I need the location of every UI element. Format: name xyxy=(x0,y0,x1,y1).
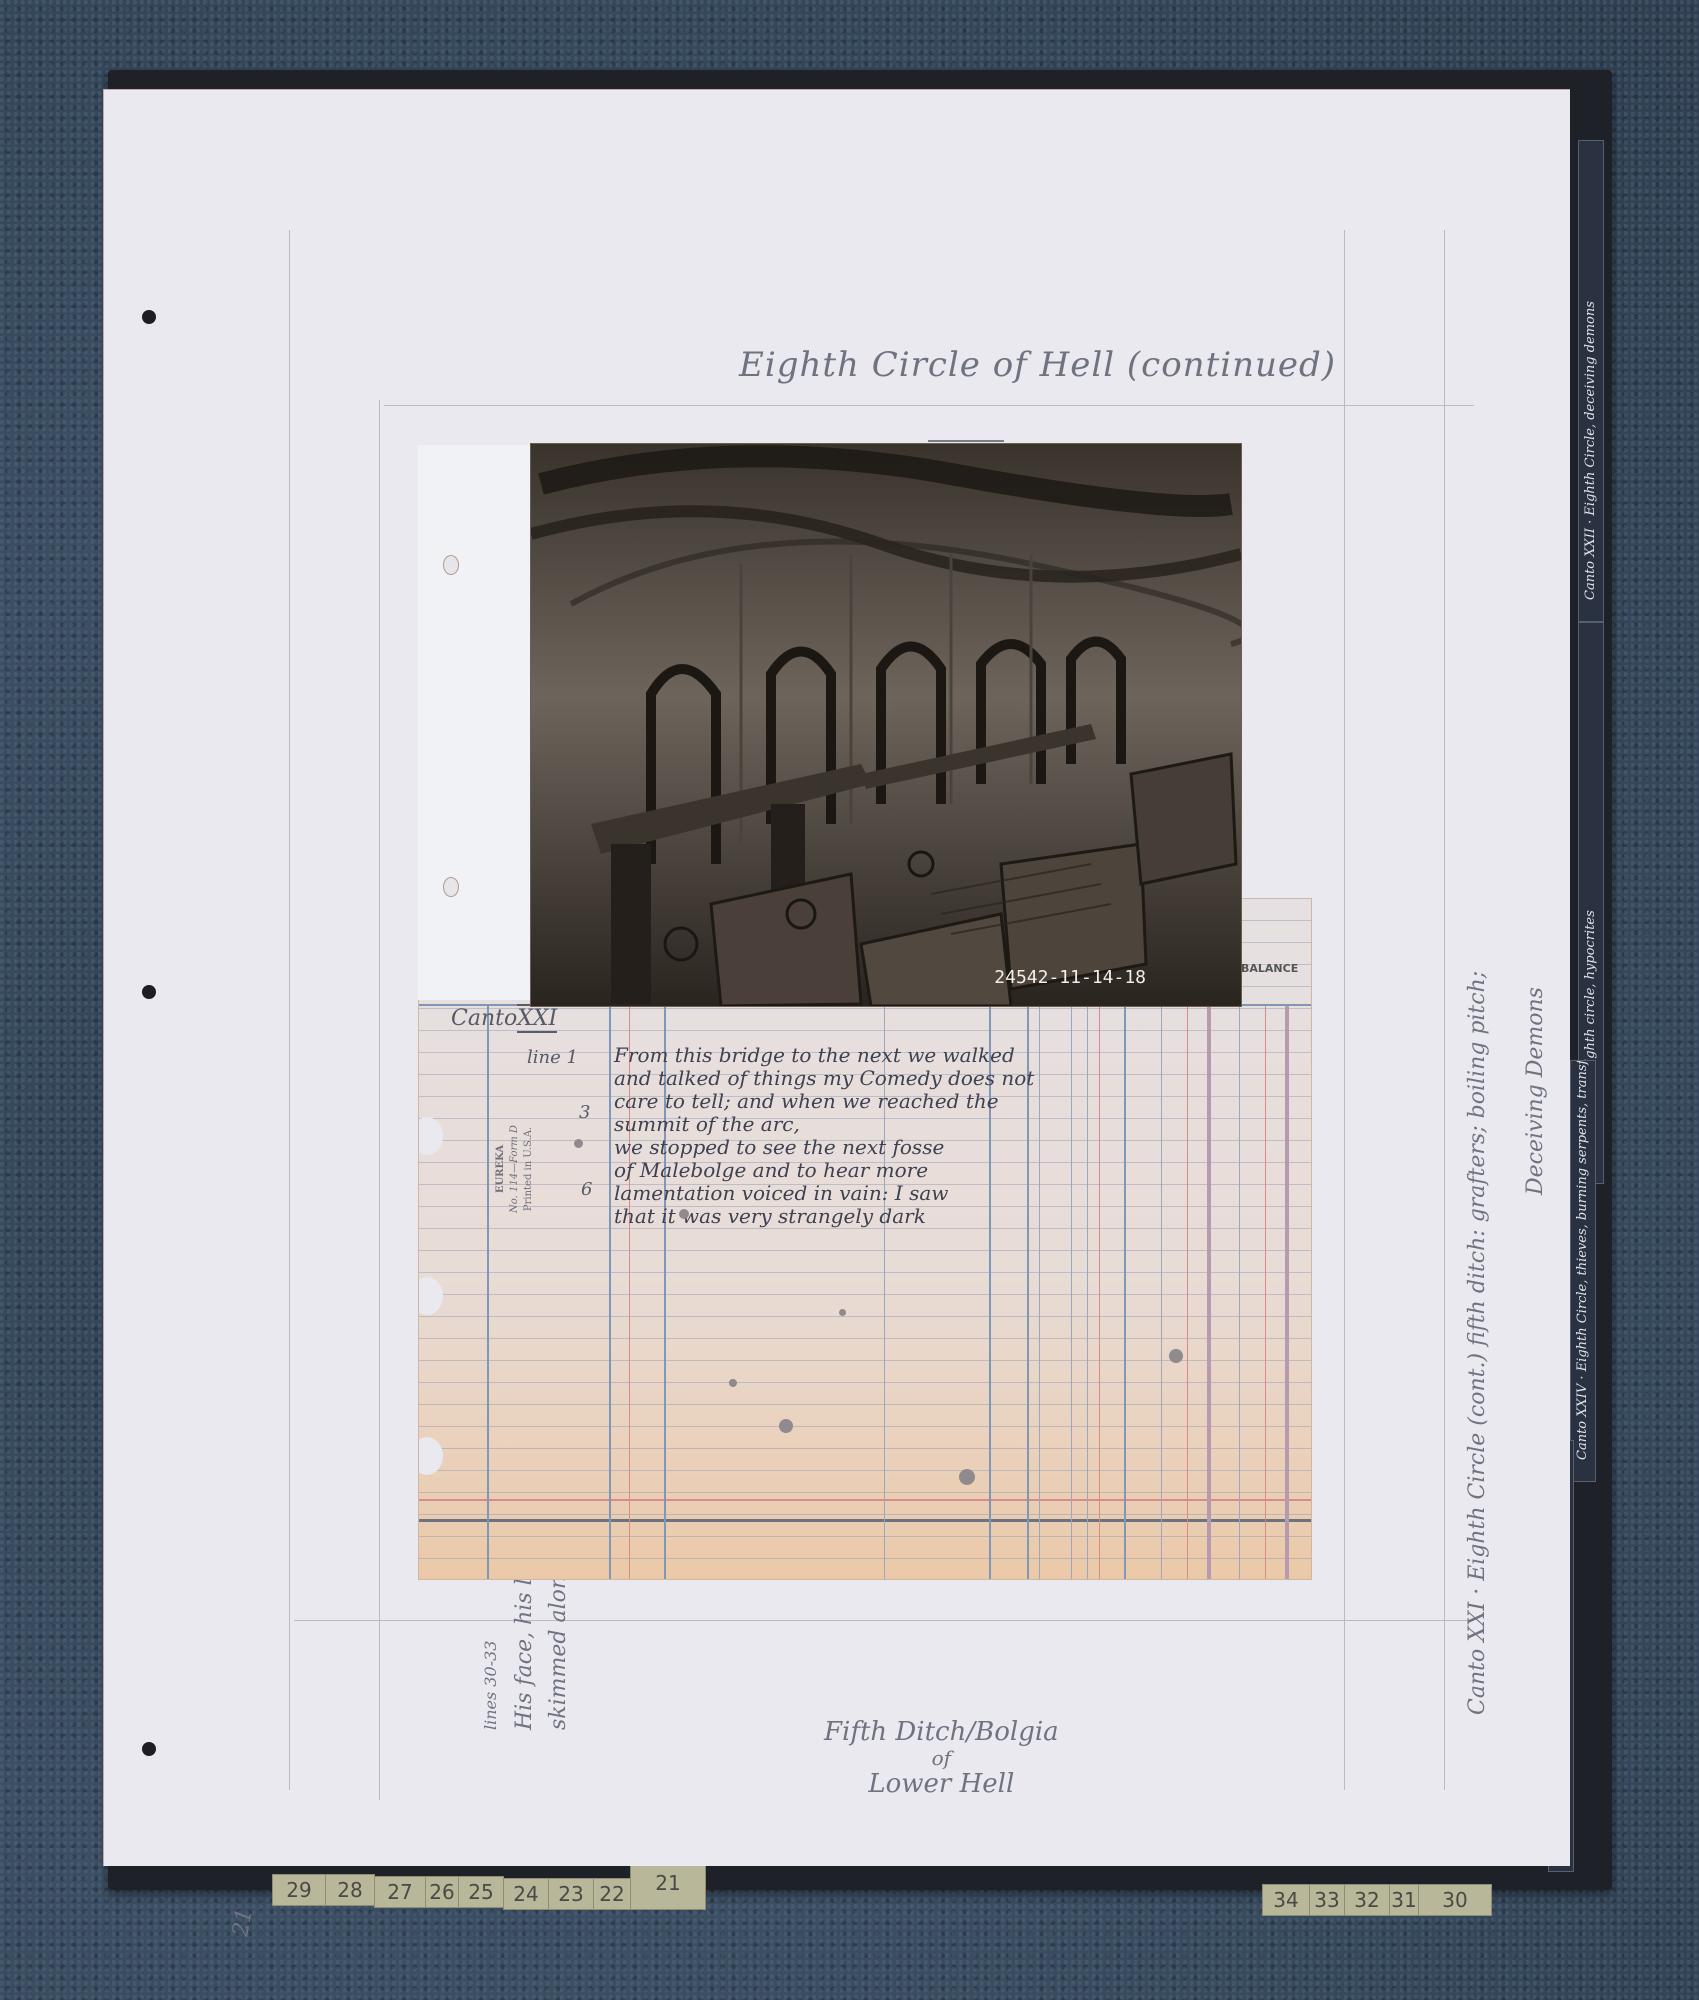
ledger-canto-heading: CantoXXI xyxy=(451,1006,557,1031)
line-marker: 3 xyxy=(579,1102,590,1123)
text-line: we stopped to see the next fosse xyxy=(614,1136,1174,1159)
bottom-tab-27[interactable]: 27 xyxy=(374,1876,426,1908)
ledger-footer-rule xyxy=(419,1519,1311,1522)
ink-spot xyxy=(729,1379,737,1387)
ledger-column-rule xyxy=(1187,1006,1188,1579)
page-title: Eighth Circle of Hell (continued) xyxy=(739,345,1336,385)
margin-line: Canto XXI · Eighth Circle (cont.) fifth … xyxy=(1449,971,1507,1715)
ledger-column-rule xyxy=(1265,1006,1266,1579)
caption-line: Fifth Ditch/Bolgia xyxy=(824,1715,1059,1749)
guide-line xyxy=(379,400,380,1800)
text-line: From this bridge to the next we walked xyxy=(614,1044,1174,1067)
ledger-column-rule xyxy=(609,1006,611,1579)
binder-hole-icon xyxy=(142,985,156,999)
bottom-tab-34[interactable]: 34 xyxy=(1262,1884,1310,1916)
ink-spot xyxy=(959,1469,975,1485)
page-number: 21 xyxy=(228,1907,257,1939)
binder-tab-canto-22[interactable]: Canto XXII · Eighth Circle, deceiving de… xyxy=(1578,140,1604,622)
binder-hole-icon xyxy=(142,310,156,324)
bottom-tab-31[interactable]: 31 xyxy=(1389,1884,1419,1916)
line-marker: 6 xyxy=(581,1179,592,1200)
bottom-tab-32[interactable]: 32 xyxy=(1344,1884,1390,1916)
guide-line xyxy=(1444,230,1445,1790)
guide-line xyxy=(289,230,290,1790)
caption-line: Lower Hell xyxy=(824,1767,1059,1801)
caption-line: of xyxy=(824,1749,1059,1767)
ledger-red-rule xyxy=(419,1499,1311,1501)
bottom-tab-29[interactable]: 29 xyxy=(272,1874,326,1906)
bottom-tab-22[interactable]: 22 xyxy=(593,1878,631,1910)
printer-brand: EUREKA xyxy=(494,1104,508,1234)
ink-spot xyxy=(839,1309,846,1316)
ink-spot xyxy=(679,1209,689,1219)
text-line: summit of the arc, xyxy=(614,1113,1174,1136)
text-line: and talked of things my Comedy does not xyxy=(614,1067,1174,1090)
text-line: that it was very strangely dark xyxy=(614,1205,1174,1228)
text-line: of Malebolge and to hear more xyxy=(614,1159,1174,1182)
right-margin-note: Canto XXI · Eighth Circle (cont.) fifth … xyxy=(1449,971,1565,1715)
bottom-tab-28[interactable]: 28 xyxy=(325,1874,375,1906)
photo-image xyxy=(531,444,1241,1006)
guide-line xyxy=(1344,230,1345,1790)
ink-spot xyxy=(574,1139,583,1148)
ledger-column-rule xyxy=(487,1006,489,1579)
line-marker: line 1 xyxy=(527,1047,578,1068)
punch-hole-icon xyxy=(443,555,459,575)
ledger-column-rule xyxy=(1285,1006,1289,1579)
balance-header: BALANCE xyxy=(1241,962,1298,975)
bottom-tab-26[interactable]: 26 xyxy=(425,1876,459,1908)
bottom-tab-25[interactable]: 25 xyxy=(458,1876,504,1908)
punch-hole-icon xyxy=(443,877,459,897)
canto-label: Canto xyxy=(451,1006,517,1031)
printer-mark: EUREKA No. 114—Form D Printed in U.S.A. xyxy=(494,1104,536,1234)
text-line: care to tell; and when we reached the xyxy=(614,1090,1174,1113)
bottom-tab-24[interactable]: 24 xyxy=(503,1878,549,1910)
margin-line: Deceiving Demons xyxy=(1507,971,1565,1715)
guide-line xyxy=(294,1620,1474,1621)
ledger-handwritten-text: From this bridge to the next we walked a… xyxy=(614,1044,1174,1228)
photo-caption: 24542-11-14-18 xyxy=(994,967,1146,988)
printer-form: No. 114—Form D xyxy=(508,1104,522,1234)
guide-line xyxy=(384,405,1474,406)
bottom-tab-23[interactable]: 23 xyxy=(548,1878,594,1910)
ledger-column-rule xyxy=(1207,1006,1211,1579)
bottom-caption: Fifth Ditch/Bolgia of Lower Hell xyxy=(824,1715,1059,1801)
factory-photograph: 24542-11-14-18 xyxy=(530,443,1242,1007)
canto-number: XXI xyxy=(517,1004,557,1033)
ink-spot xyxy=(1169,1349,1183,1363)
text-line: lamentation voiced in vain: I saw xyxy=(614,1182,1174,1205)
ink-spot xyxy=(779,1419,793,1433)
binder-hole-icon xyxy=(142,1742,156,1756)
bottom-tab-33[interactable]: 33 xyxy=(1309,1884,1345,1916)
binder-tab-canto-24[interactable]: Canto XXIV · Eighth Circle, thieves, bur… xyxy=(1570,1060,1596,1482)
bottom-tab-30[interactable]: 30 xyxy=(1418,1884,1492,1916)
printer-origin: Printed in U.S.A. xyxy=(522,1104,536,1234)
punched-paper-strip xyxy=(418,445,531,1000)
ledger-column-rule xyxy=(1239,1006,1240,1579)
